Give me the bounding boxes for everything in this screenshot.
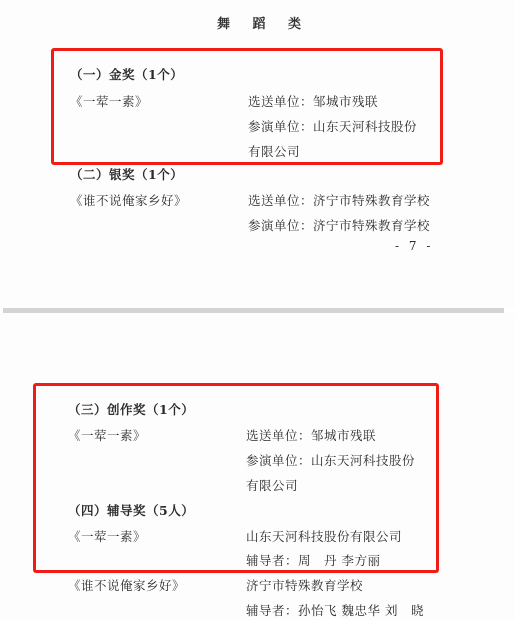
gold-award-heading: （一）金奖（1个） [70,67,183,83]
coaching-award-work-title-1: 《一荤一素》 [68,529,146,545]
silver-award-performing-unit: 参演单位：济宁市特殊教育学校 [248,218,430,234]
coaching-award-coaches-2: 辅导者：孙怡飞 魏忠华 刘 晓 [246,603,424,619]
creative-award-work-title: 《一荤一素》 [68,428,146,444]
creative-award-performing-unit-cont: 有限公司 [246,478,298,494]
silver-award-heading: （二）银奖（1个） [70,167,183,183]
creative-award-performing-unit: 参演单位：山东天河科技股份 [246,453,415,469]
silver-award-submitting-unit: 选送单位：济宁市特殊教育学校 [248,193,430,209]
section-title: 舞 蹈 类 [217,17,310,33]
creative-award-heading: （三）创作奖（1个） [68,402,194,418]
creative-award-submitting-unit: 选送单位：邹城市残联 [246,428,376,444]
coaching-award-unit-1: 山东天河科技股份有限公司 [246,529,402,545]
coaching-award-work-title-2: 《谁不说俺家乡好》 [68,578,185,594]
coaching-award-heading: （四）辅导奖（5人） [68,503,194,519]
page-number: - 7 - [395,238,433,254]
gold-award-work-title: 《一荤一素》 [70,94,148,110]
silver-award-work-title: 《谁不说俺家乡好》 [70,193,187,209]
coaching-award-unit-2: 济宁市特殊教育学校 [246,578,363,594]
gold-award-performing-unit: 参演单位：山东天河科技股份 [248,119,417,135]
gold-award-submitting-unit: 选送单位：邹城市残联 [248,94,378,110]
coaching-award-coaches-1: 辅导者：周 丹 李方丽 [246,553,380,569]
gold-award-performing-unit-cont: 有限公司 [248,144,300,160]
